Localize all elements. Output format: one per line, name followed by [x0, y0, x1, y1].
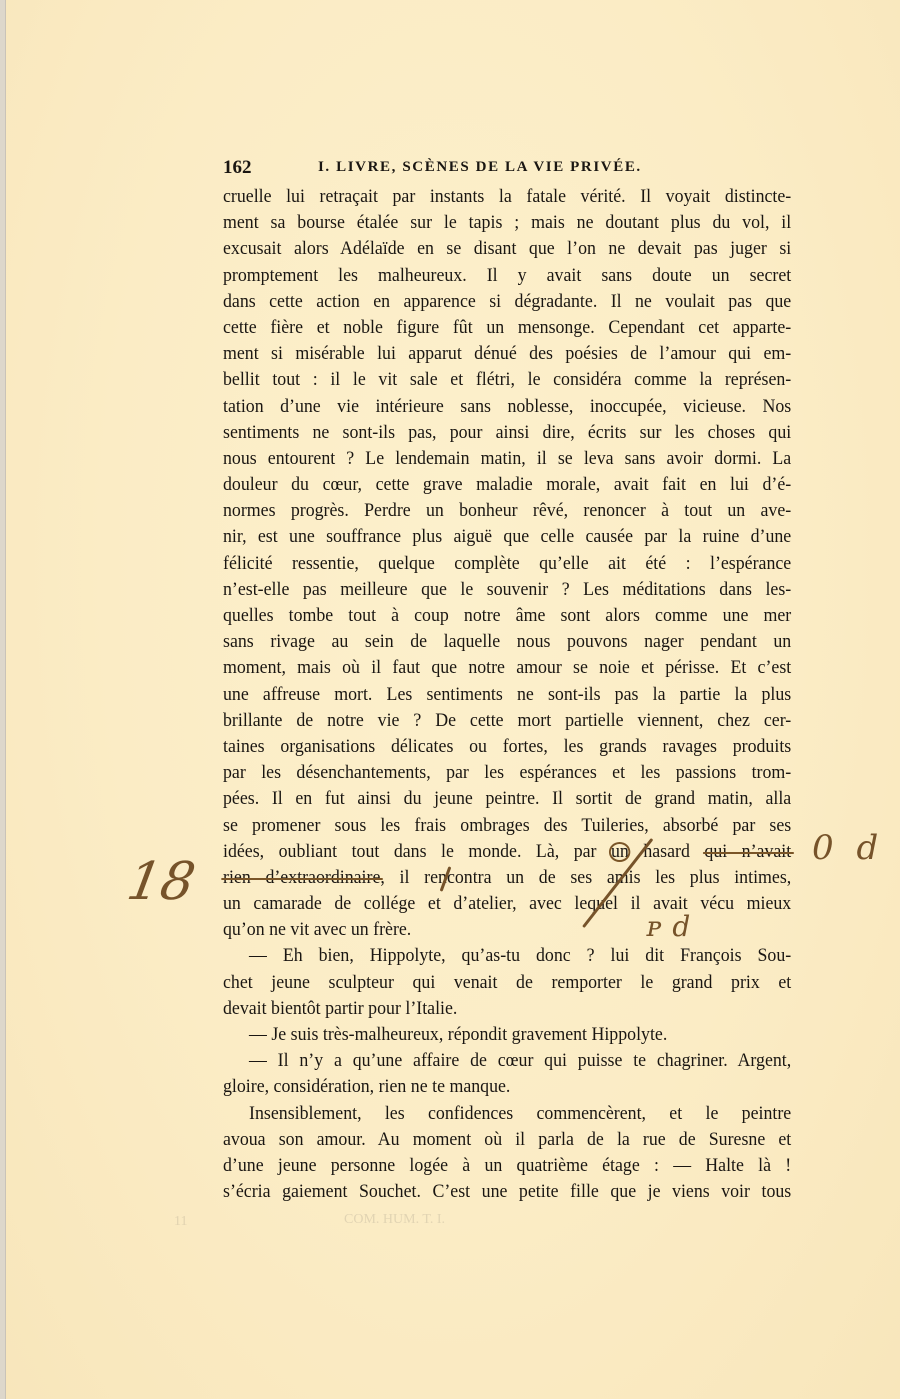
dialogue-line: devait bientôt partir pour l’Italie. — [223, 996, 791, 1022]
text-line: ment si misérable lui apparut dénué des … — [223, 341, 791, 367]
text-line: par les désenchantements, par les espéra… — [223, 760, 791, 786]
text-line: pées. Il en fut ainsi du jeune peintre. … — [223, 786, 791, 812]
struck-through-text: rien d’extraordinaire — [223, 867, 380, 888]
text-line: promptement les malheureux. Il y avait s… — [223, 263, 791, 289]
inline-annotation-below: ᴘ d — [646, 910, 691, 943]
dialogue-line: — Il n’y a qu’une affaire de cœur qui pu… — [223, 1048, 791, 1074]
running-head: I. LIVRE, SCÈNES DE LA VIE PRIVÉE. — [318, 159, 642, 176]
text-line: cette fière et noble figure fût un menso… — [223, 315, 791, 341]
text-line: d’une jeune personne logée à un quatrièm… — [223, 1153, 791, 1179]
text-line: sans rivage au sein de laquelle nous pou… — [223, 629, 791, 655]
text-line: qu’on ne vit avec un frère. — [223, 917, 791, 943]
bleed-through-sheet-number: 11 — [174, 1214, 187, 1230]
text-line: avoua son amour. Au moment où il parla d… — [223, 1127, 791, 1153]
text-line: sentiments ne sont-ils pas, pour ainsi d… — [223, 420, 791, 446]
dialogue-line: — Eh bien, Hippolyte, qu’as-tu donc ? lu… — [223, 943, 791, 969]
margin-annotation-left: 18 — [123, 852, 200, 912]
text-line: félicité ressentie, quelque complète qu’… — [223, 551, 791, 577]
text-line-with-edits: idées, oubliant tout dans le monde. Là, … — [223, 839, 791, 865]
dialogue-line: — Je suis très-malheureux, répondit grav… — [223, 1022, 791, 1048]
text-line: n’est-elle pas meilleure que le souvenir… — [223, 577, 791, 603]
text-line: moment, mais où il faut que notre amour … — [223, 655, 791, 681]
struck-through-text: qui n’avait — [704, 841, 791, 862]
text-line: ment sa bourse étalée sur le tapis ; mai… — [223, 210, 791, 236]
text-line: une affreuse mort. Les sentiments ne son… — [223, 682, 791, 708]
text-line: tation d’une vie intérieure sans nobless… — [223, 394, 791, 420]
text-line: Insensiblement, les confidences commencè… — [223, 1101, 791, 1127]
text-line: brillante de notre vie ? De cette mort p… — [223, 708, 791, 734]
text-line: excusait alors Adélaïde en se disant que… — [223, 236, 791, 262]
text-line: dans cette action en apparence si dégrad… — [223, 289, 791, 315]
text-line: cruelle lui retraçait par instants la fa… — [223, 184, 791, 210]
dialogue-line: chet jeune sculpteur qui venait de rempo… — [223, 970, 791, 996]
scanned-book-page: 162 I. LIVRE, SCÈNES DE LA VIE PRIVÉE. c… — [5, 0, 900, 1399]
dialogue-line: gloire, considération, rien ne te manque… — [223, 1074, 791, 1100]
margin-annotation-right: 0 d — [812, 828, 884, 868]
circled-word: un — [611, 839, 629, 865]
text-line: un camarade de collége et d’atelier, ave… — [223, 891, 791, 917]
text-line: taines organisations délicates ou fortes… — [223, 734, 791, 760]
text-line: quelles tombe tout à coup notre âme sont… — [223, 603, 791, 629]
text-line: bellit tout : il le vit sale et flétri, … — [223, 367, 791, 393]
text-line: normes progrès. Perdre un bonheur rêvé, … — [223, 498, 791, 524]
text-line: nir, est une souffrance plus aiguë que c… — [223, 524, 791, 550]
page-header: 162 I. LIVRE, SCÈNES DE LA VIE PRIVÉE. — [223, 157, 793, 181]
body-text: cruelle lui retraçait par instants la fa… — [223, 184, 751, 1205]
text-line: s’écria gaiement Souchet. C’est une peti… — [223, 1179, 791, 1205]
bleed-through-signature: COM. HUM. T. I. — [344, 1212, 445, 1228]
text-line-with-edits: rien d’extraordinaire, il rencontra un d… — [223, 865, 791, 891]
page-number: 162 — [223, 157, 252, 179]
text-line: se promener sous les frais ombrages des … — [223, 813, 791, 839]
text-line: douleur du cœur, cette grave maladie mor… — [223, 472, 791, 498]
text-line: nous entourent ? Le lendemain matin, il … — [223, 446, 791, 472]
text-segment: idées, oubliant tout dans le monde. Là, … — [223, 841, 611, 862]
